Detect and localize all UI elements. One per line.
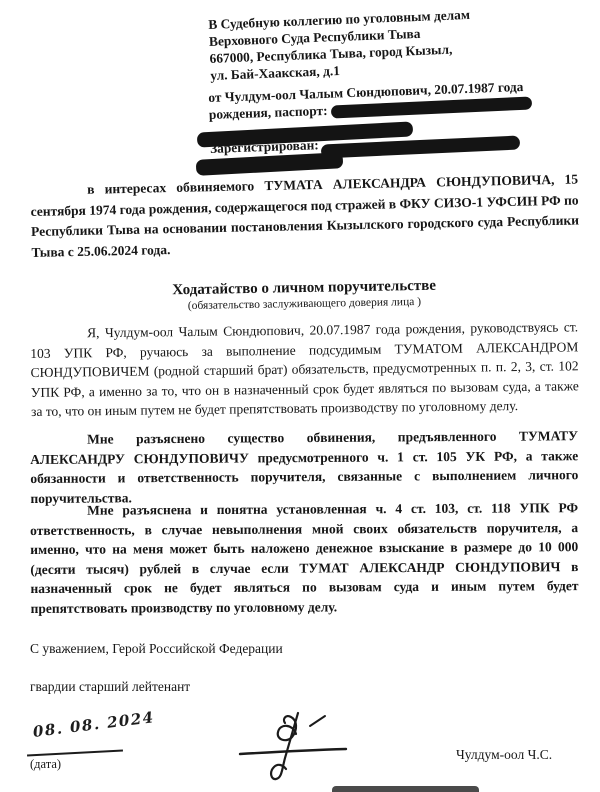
- interest-paragraph: в интересах обвиняемого ТУМАТА АЛЕКСАНДР…: [30, 170, 580, 263]
- body-paragraph-2: Мне разъяснено существо обвинения, предъ…: [30, 426, 579, 508]
- redaction-bar-bottom: [332, 786, 479, 792]
- signature-scribble-icon: [238, 710, 358, 788]
- date-label: (дата): [30, 757, 61, 772]
- closing-respect-line: С уважением, Герой Российской Федерации: [30, 641, 283, 657]
- date-underline: [27, 749, 123, 756]
- title-block: Ходатайство о личном поручительстве (обя…: [30, 275, 578, 315]
- body-paragraph-3: Мне разъяснена и понятна установленная ч…: [30, 498, 579, 618]
- handwritten-date: 08. 08. 2024: [32, 708, 156, 741]
- closing-rank-line: гвардии старший лейтенант: [30, 679, 190, 695]
- document-page: В Судебную коллегию по уголовным делам В…: [0, 0, 600, 792]
- body-paragraph-1: Я, Чулдум-оол Чалым Сюндюпович, 20.07.19…: [30, 317, 579, 422]
- recipient-address-block: В Судебную коллегию по уголовным делам В…: [208, 1, 595, 84]
- signatory-name: Чулдум-оол Ч.С.: [456, 747, 552, 763]
